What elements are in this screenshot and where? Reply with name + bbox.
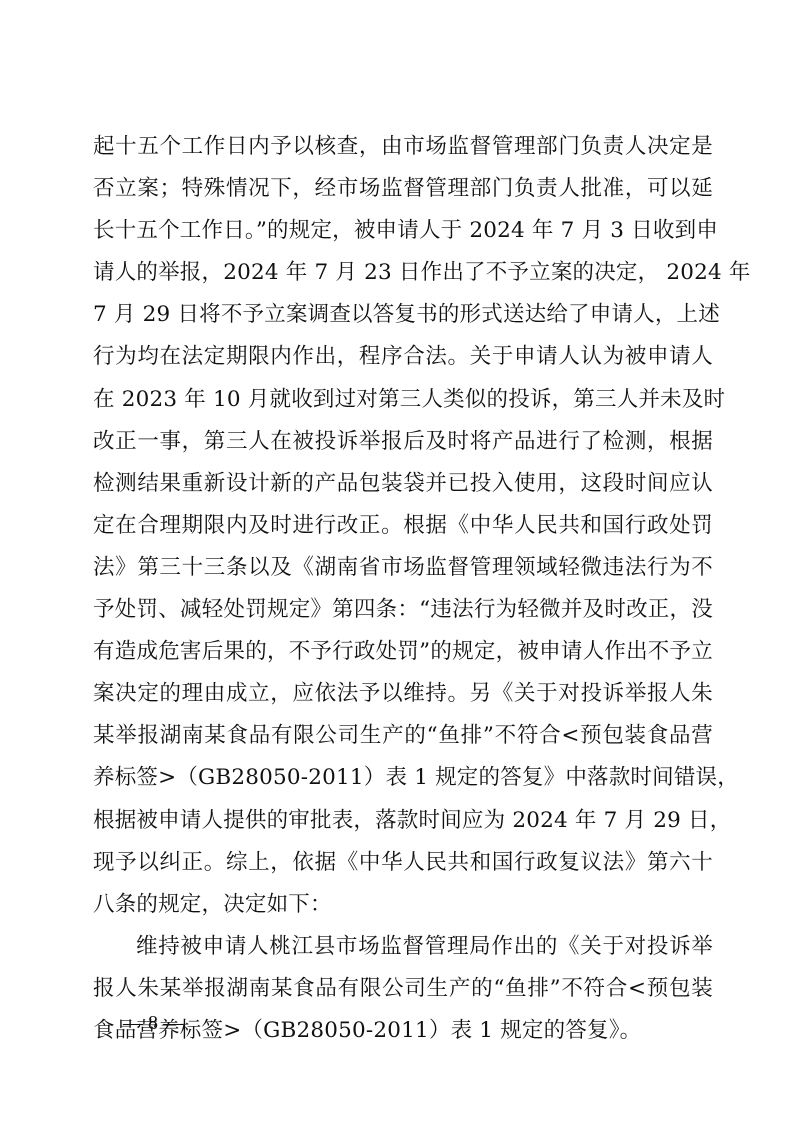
text-line: 食品营养标签>（GB28050-2011）表 1 规定的答复》。 bbox=[93, 1010, 713, 1052]
text-line: 养标签>（GB28050-2011）表 1 规定的答复》中落款时间错误， bbox=[93, 757, 713, 799]
text-line: 某举报湖南某食品有限公司生产的“鱼排”不符合<预包装食品营 bbox=[93, 715, 713, 757]
text-line: 长十五个工作日。”的规定，被申请人于 2024 年 7 月 3 日收到申 bbox=[93, 210, 713, 252]
text-line: 维持被申请人桃江县市场监督管理局作出的《关于对投诉举 bbox=[93, 926, 713, 968]
document-page: 起十五个工作日内予以核查，由市场监督管理部门负责人决定是 否立案；特殊情况下，经… bbox=[93, 126, 713, 1052]
text-line: 定在合理期限内及时进行改正。根据《中华人民共和国行政处罚 bbox=[93, 505, 713, 547]
text-line: 请人的举报，2024 年 7 月 23 日作出了不予立案的决定， 2024 年 bbox=[93, 252, 713, 294]
text-line: 有造成危害后果的，不予行政处罚”的规定，被申请人作出不予立 bbox=[93, 631, 713, 673]
text-line: 根据被申请人提供的审批表，落款时间应为 2024 年 7 月 29 日， bbox=[93, 800, 713, 842]
text-line: 检测结果重新设计新的产品包装袋并已投入使用，这段时间应认 bbox=[93, 463, 713, 505]
text-line: 7 月 29 日将不予立案调查以答复书的形式送达给了申请人，上述 bbox=[93, 294, 713, 336]
text-line: 起十五个工作日内予以核查，由市场监督管理部门负责人决定是 bbox=[93, 126, 713, 168]
page-number: — 8 — bbox=[123, 1012, 183, 1035]
text-line: 行为均在法定期限内作出，程序合法。关于申请人认为被申请人 bbox=[93, 336, 713, 378]
paragraph-reasoning: 起十五个工作日内予以核查，由市场监督管理部门负责人决定是 否立案；特殊情况下，经… bbox=[93, 126, 713, 926]
text-line: 在 2023 年 10 月就收到过对第三人类似的投诉，第三人并未及时 bbox=[93, 379, 713, 421]
paragraph-decision: 维持被申请人桃江县市场监督管理局作出的《关于对投诉举 报人朱某举报湖南某食品有限… bbox=[93, 926, 713, 1052]
text-line: 八条的规定，决定如下： bbox=[93, 884, 713, 926]
text-line: 否立案；特殊情况下，经市场监督管理部门负责人批准，可以延 bbox=[93, 168, 713, 210]
text-line: 报人朱某举报湖南某食品有限公司生产的“鱼排”不符合<预包装 bbox=[93, 968, 713, 1010]
text-line: 予处罚、减轻处罚规定》第四条：“违法行为轻微并及时改正，没 bbox=[93, 589, 713, 631]
text-line: 法》第三十三条以及《湖南省市场监督管理领域轻微违法行为不 bbox=[93, 547, 713, 589]
text-line: 改正一事，第三人在被投诉举报后及时将产品进行了检测，根据 bbox=[93, 421, 713, 463]
text-line: 现予以纠正。综上，依据《中华人民共和国行政复议法》第六十 bbox=[93, 842, 713, 884]
text-line: 案决定的理由成立，应依法予以维持。另《关于对投诉举报人朱 bbox=[93, 673, 713, 715]
